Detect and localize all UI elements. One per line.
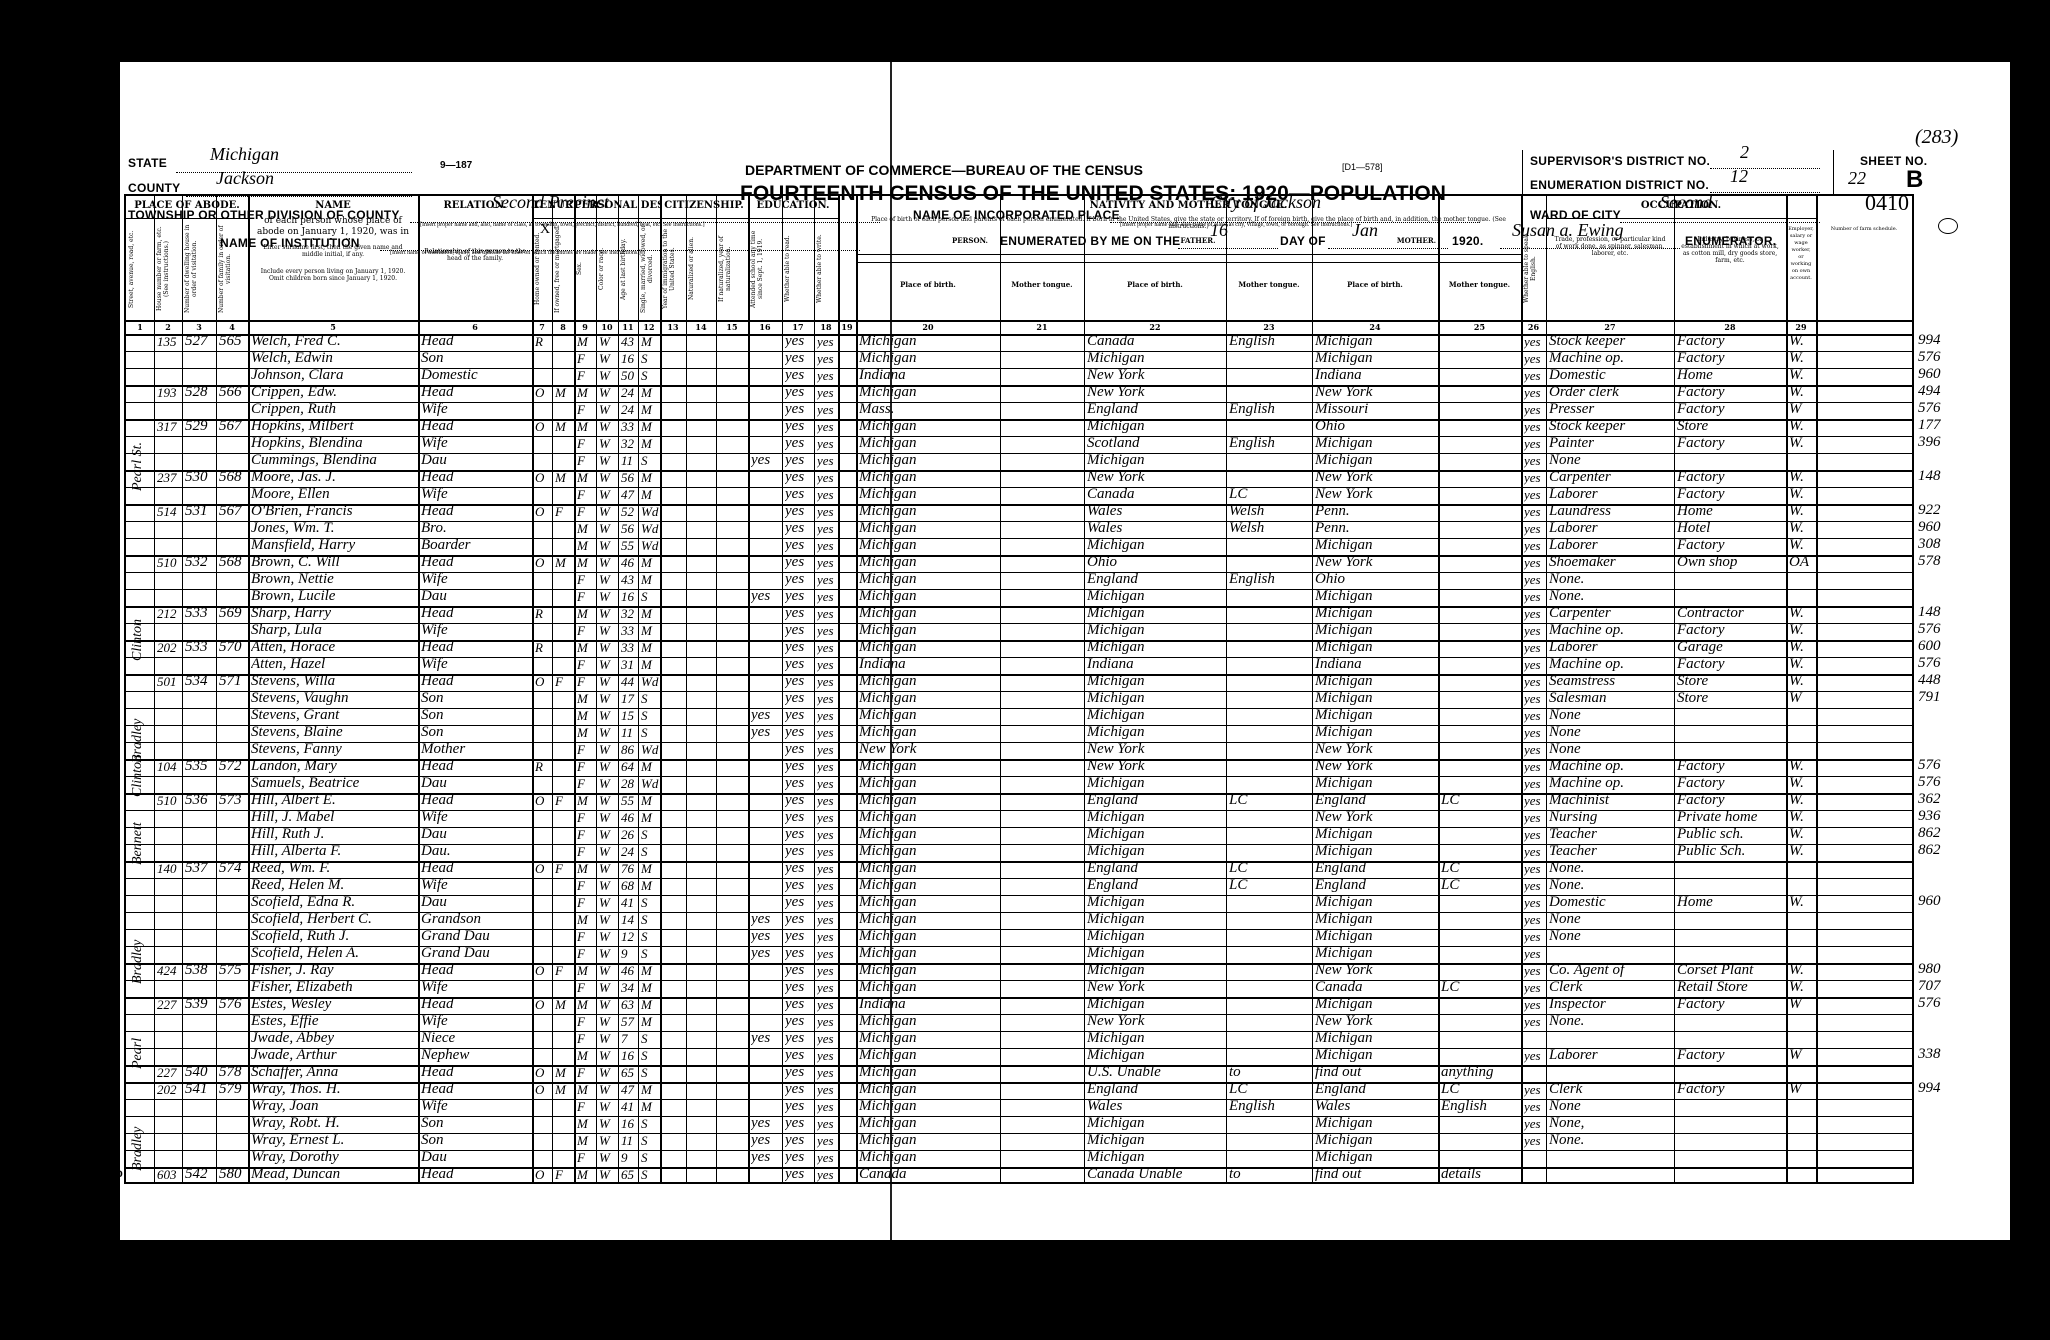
street-annotation: Bennett [130, 797, 150, 865]
cell-mother-tongue: details [1441, 1164, 1520, 1185]
column-number: 19 [838, 322, 856, 332]
line-number: 99 [104, 1153, 117, 1163]
line-number: 78 [104, 796, 117, 806]
vertical-column-header: Number of dwelling house in order of vis… [184, 222, 214, 316]
occupation-code: 448 [1918, 672, 1941, 689]
line-number: 57 [104, 439, 117, 449]
supervisor-district-value: 2 [1740, 142, 1749, 163]
state-value: Michigan [210, 144, 279, 165]
person-subheader: PERSON. [856, 236, 1084, 248]
corner-page-mark: (283) [1915, 126, 1958, 149]
line-number: 76 [104, 762, 117, 772]
name-instruction: Enter surname first, then the given name… [254, 244, 412, 262]
occupation-code: 994 [1918, 1080, 1941, 1097]
line-number: 68 [104, 626, 117, 636]
occupation-code: 576 [1918, 655, 1941, 672]
cell-sex: M [577, 1164, 595, 1185]
line-number: 65 [104, 575, 117, 585]
street-annotation: Pearl St. [130, 338, 150, 491]
column-divider [418, 196, 420, 1182]
header-divider [574, 218, 660, 219]
state-label: STATE [128, 156, 167, 170]
cell-father-birth: Canada Unable [1087, 1164, 1225, 1185]
cell-mother-birth: find out [1315, 1164, 1437, 1185]
farm-schedule-desc: Number of farm schedule. [1818, 226, 1910, 306]
line-number: 97 [104, 1119, 117, 1129]
line-number: 79 [104, 813, 117, 823]
line-number: 77 [104, 779, 117, 789]
occupation-code: 980 [1918, 961, 1941, 978]
line-number: 56 [104, 422, 117, 432]
header-divider [856, 262, 1521, 263]
column-divider [248, 196, 250, 1182]
vertical-column-header: Naturalized or alien. [688, 222, 714, 316]
vertical-column-header: Number of family in order of visitation. [218, 222, 246, 316]
sheet-value: 22 [1848, 168, 1866, 189]
line-number: 74 [104, 728, 117, 738]
occupation-code: 576 [1918, 621, 1941, 638]
occupation-code: 576 [1918, 757, 1941, 774]
column-divider [596, 196, 597, 1182]
enumeration-district-label: ENUMERATION DISTRICT NO. [1530, 178, 1709, 192]
line-number: 84 [104, 898, 117, 908]
line-number: 66 [104, 592, 117, 602]
cell-marital: S [641, 1164, 659, 1185]
line-number: 94 [104, 1068, 117, 1078]
column-number: 1 [126, 322, 154, 332]
occupation-code: 338 [1918, 1046, 1941, 1063]
cell-house: 603 [157, 1164, 181, 1185]
header-divider [532, 218, 574, 219]
enumeration-district-value: 12 [1730, 166, 1748, 187]
vertical-column-header: Sex. [576, 222, 594, 316]
cell-family: 580 [219, 1164, 247, 1185]
occupation-code: 936 [1918, 808, 1941, 825]
abode-group-header: PLACE OF ABODE. [126, 200, 248, 214]
line-number: 60 [104, 490, 117, 500]
column-divider [574, 196, 576, 1182]
cell-father-tongue: to [1229, 1164, 1311, 1185]
county-value: Jackson [216, 168, 274, 189]
occupation-code: 862 [1918, 842, 1941, 859]
name-header: NAME [248, 200, 418, 214]
cell-relation: Head [421, 1164, 531, 1185]
father-subheader: FATHER. [1084, 236, 1312, 248]
cell-name: Mead, Duncan [251, 1164, 417, 1185]
occupation-code: 960 [1918, 893, 1941, 910]
line-number: 95 [104, 1085, 117, 1095]
cell-english [1524, 1164, 1545, 1185]
vertical-column-header: Single, married, widowed, or divorced. [640, 222, 658, 316]
occupation-header: OCCUPATION. [1546, 200, 1816, 214]
line-number: 98 [104, 1136, 117, 1146]
column-divider [748, 196, 750, 1182]
column-divider [716, 196, 717, 1182]
column-divider [1521, 196, 1523, 1182]
line-number: 81 [104, 847, 117, 857]
cell-trade [1549, 1164, 1673, 1185]
line-number: 59 [104, 473, 117, 483]
occupation-code: 308 [1918, 536, 1941, 553]
form-number: 9—187 [440, 160, 472, 171]
vertical-column-header: Home owned or rented. [534, 222, 550, 316]
line-number: 83 [104, 881, 117, 891]
vertical-column-header: Attended school any time since Sept. 1, … [750, 222, 780, 316]
personal-description-header: PERSONAL DESCRIPTION. [574, 200, 660, 214]
column-divider [1438, 196, 1440, 1182]
name-desc: of each person whose place of abode on J… [254, 216, 412, 240]
employer-desc: Employer, salary or wage worker, or work… [1788, 226, 1814, 306]
column-number: 21 [1000, 322, 1084, 332]
occupation-code: 600 [1918, 638, 1941, 655]
name-include-note: Include every person living on January 1… [254, 268, 412, 286]
relation-desc: Relationship of this person to the head … [422, 248, 528, 276]
nativity-desc: Place of birth of each person and parent… [866, 216, 1511, 230]
line-number: 82 [104, 864, 117, 874]
occupation-code: 707 [1918, 978, 1941, 995]
line-number: 69 [104, 643, 117, 653]
vertical-column-header: Year of immigration to the United States… [662, 222, 684, 316]
occupation-code: 494 [1918, 383, 1941, 400]
nativity-header: NATIVITY AND MOTHER TONGUE. [856, 200, 1521, 214]
line-number: 86 [104, 932, 117, 942]
line-number: 52 [104, 354, 117, 364]
binder-hole-mark [1938, 218, 1958, 234]
line-number: 51 [104, 337, 117, 347]
cell-industry [1677, 1164, 1785, 1185]
column-divider [532, 196, 534, 1182]
line-number: 85 [104, 915, 117, 925]
line-number: 92 [104, 1034, 117, 1044]
enumeration-underline [1710, 192, 1820, 193]
line-number: 62 [104, 524, 117, 534]
column-divider [1084, 196, 1085, 1182]
supervisor-district-label: SUPERVISOR'S DISTRICT NO. [1530, 154, 1710, 168]
column-divider [814, 196, 815, 1182]
industry-desc: Industry, business, or establishment in … [1680, 236, 1780, 272]
cell-mortgage: F [555, 1164, 573, 1185]
form-code: [D1—578] [1342, 162, 1383, 172]
line-number: 63 [104, 541, 117, 551]
column-divider [618, 196, 619, 1182]
occupation-code: 578 [1918, 553, 1941, 570]
column-divider [216, 196, 217, 1182]
street-annotation: Clinton [130, 610, 150, 661]
header-divider [660, 218, 748, 219]
street-annotation: Clinton [130, 763, 150, 797]
mother-tongue-subheader: Mother tongue. [1226, 280, 1312, 292]
vertical-column-header: Color or race. [598, 222, 616, 316]
line-number: 73 [104, 711, 117, 721]
line-number: 75 [104, 745, 117, 755]
citizenship-header: CITIZENSHIP. [660, 200, 748, 214]
occupation-code: 576 [1918, 349, 1941, 366]
vertical-column-header: House number or farm, etc. (See instruct… [156, 222, 180, 316]
line-number: 53 [104, 371, 117, 381]
occupation-code: 148 [1918, 468, 1941, 485]
vertical-column-header: Age at last birthday. [620, 222, 636, 316]
occupation-code: 994 [1918, 332, 1941, 349]
column-divider [1226, 196, 1227, 1182]
education-header: EDUCATION. [748, 200, 838, 214]
vertical-column-header: Street, avenue, road, etc. [128, 222, 152, 316]
column-divider [638, 196, 639, 1182]
column-divider [1786, 196, 1788, 1182]
column-divider [552, 196, 553, 1182]
vertical-column-header: Whether able to read. [784, 222, 812, 316]
line-number: 93 [104, 1051, 117, 1061]
column-divider [182, 196, 183, 1182]
census-table: PLACE OF ABODE.NAMERELATION.TENURE.PERSO… [124, 194, 1914, 1184]
occupation-code: 576 [1918, 995, 1941, 1012]
column-number: 14 [686, 322, 716, 332]
line-number: 70 [104, 660, 117, 670]
cell-class [1789, 1164, 1815, 1185]
occupation-code: 862 [1918, 825, 1941, 842]
line-number: 80 [104, 830, 117, 840]
header-divider [856, 254, 1521, 255]
line-number: 91 [104, 1017, 117, 1027]
department-title: DEPARTMENT OF COMMERCE—BUREAU OF THE CEN… [745, 162, 1143, 178]
census-sheet: STATE Michigan COUNTY Jackson TOWNSHIP O… [120, 62, 2010, 1240]
line-number: 90 [104, 1000, 117, 1010]
state-underline [176, 172, 412, 173]
column-divider [1546, 196, 1547, 1182]
occupation-code: 791 [1918, 689, 1941, 706]
column-divider [1816, 196, 1818, 1182]
street-annotation: Bradley [130, 1069, 150, 1171]
line-number: 54 [104, 388, 117, 398]
line-number: 71 [104, 677, 117, 687]
place-of-birth-subheader: Place of birth. [856, 280, 1000, 292]
occupation-code: 576 [1918, 774, 1941, 791]
column-divider [660, 196, 662, 1182]
vertical-column-header: If naturalized, year of naturalization. [718, 222, 746, 316]
line-number: 96 [104, 1102, 117, 1112]
column-divider [1674, 196, 1675, 1182]
column-number: 15 [716, 322, 748, 332]
vertical-column-header: If owned, free or mortgaged. [554, 222, 572, 316]
occupation-code: 960 [1918, 366, 1941, 383]
column-divider [856, 196, 858, 1182]
street-annotation: Bradley [130, 865, 150, 984]
line-number: 67 [104, 609, 117, 619]
tenure-header: TENURE. [532, 200, 574, 214]
column-divider [782, 196, 783, 1182]
vertical-column-header: Whether able to speak English. [1523, 222, 1544, 316]
column-divider [1000, 196, 1001, 1182]
cell-owned: O [535, 1164, 551, 1185]
occupation-code: 177 [1918, 417, 1941, 434]
column-number: 13 [660, 322, 686, 332]
line-number: 100 [104, 1170, 123, 1180]
occupation-code: 922 [1918, 502, 1941, 519]
trade-desc: Trade, profession, or particular kind of… [1552, 236, 1668, 272]
vertical-column-header: Whether able to write. [816, 222, 836, 316]
relation-header: RELATION. [418, 200, 532, 214]
line-number: 64 [104, 558, 117, 568]
street-annotation: Pearl [130, 1001, 150, 1069]
cell-race: W [599, 1164, 617, 1185]
column-divider [154, 196, 155, 1182]
cell-dwelling: 542 [185, 1164, 215, 1185]
cell-school [751, 1164, 781, 1185]
header-divider [1546, 218, 1816, 219]
line-number: 88 [104, 966, 117, 976]
mother-tongue-subheader: Mother tongue. [1438, 280, 1521, 292]
occupation-code: 396 [1918, 434, 1941, 451]
line-number: 58 [104, 456, 117, 466]
line-number: 89 [104, 983, 117, 993]
header-divider [126, 218, 248, 219]
cell-age: 65 [621, 1164, 637, 1185]
place-of-birth-subheader: Place of birth. [1312, 280, 1438, 292]
occupation-code: 362 [1918, 791, 1941, 808]
column-divider [1312, 196, 1313, 1182]
street-annotation: Bradley [130, 678, 150, 763]
column-divider [686, 196, 687, 1182]
cell-birth: Canada [859, 1164, 999, 1185]
cell-write: yes [817, 1164, 837, 1185]
occupation-code: 148 [1918, 604, 1941, 621]
occupation-code: 576 [1918, 400, 1941, 417]
column-divider [838, 196, 840, 1182]
place-of-birth-subheader: Place of birth. [1084, 280, 1226, 292]
mother-tongue-subheader: Mother tongue. [1000, 280, 1084, 292]
line-number: 72 [104, 694, 117, 704]
occupation-code: 960 [1918, 519, 1941, 536]
line-number: 87 [104, 949, 117, 959]
line-number: 55 [104, 405, 117, 415]
county-label: COUNTY [128, 181, 180, 195]
line-number: 61 [104, 507, 117, 517]
header-divider [748, 218, 838, 219]
cell-read: yes [785, 1164, 813, 1185]
mother-subheader: MOTHER. [1312, 236, 1521, 248]
supervisor-underline [1710, 168, 1820, 169]
